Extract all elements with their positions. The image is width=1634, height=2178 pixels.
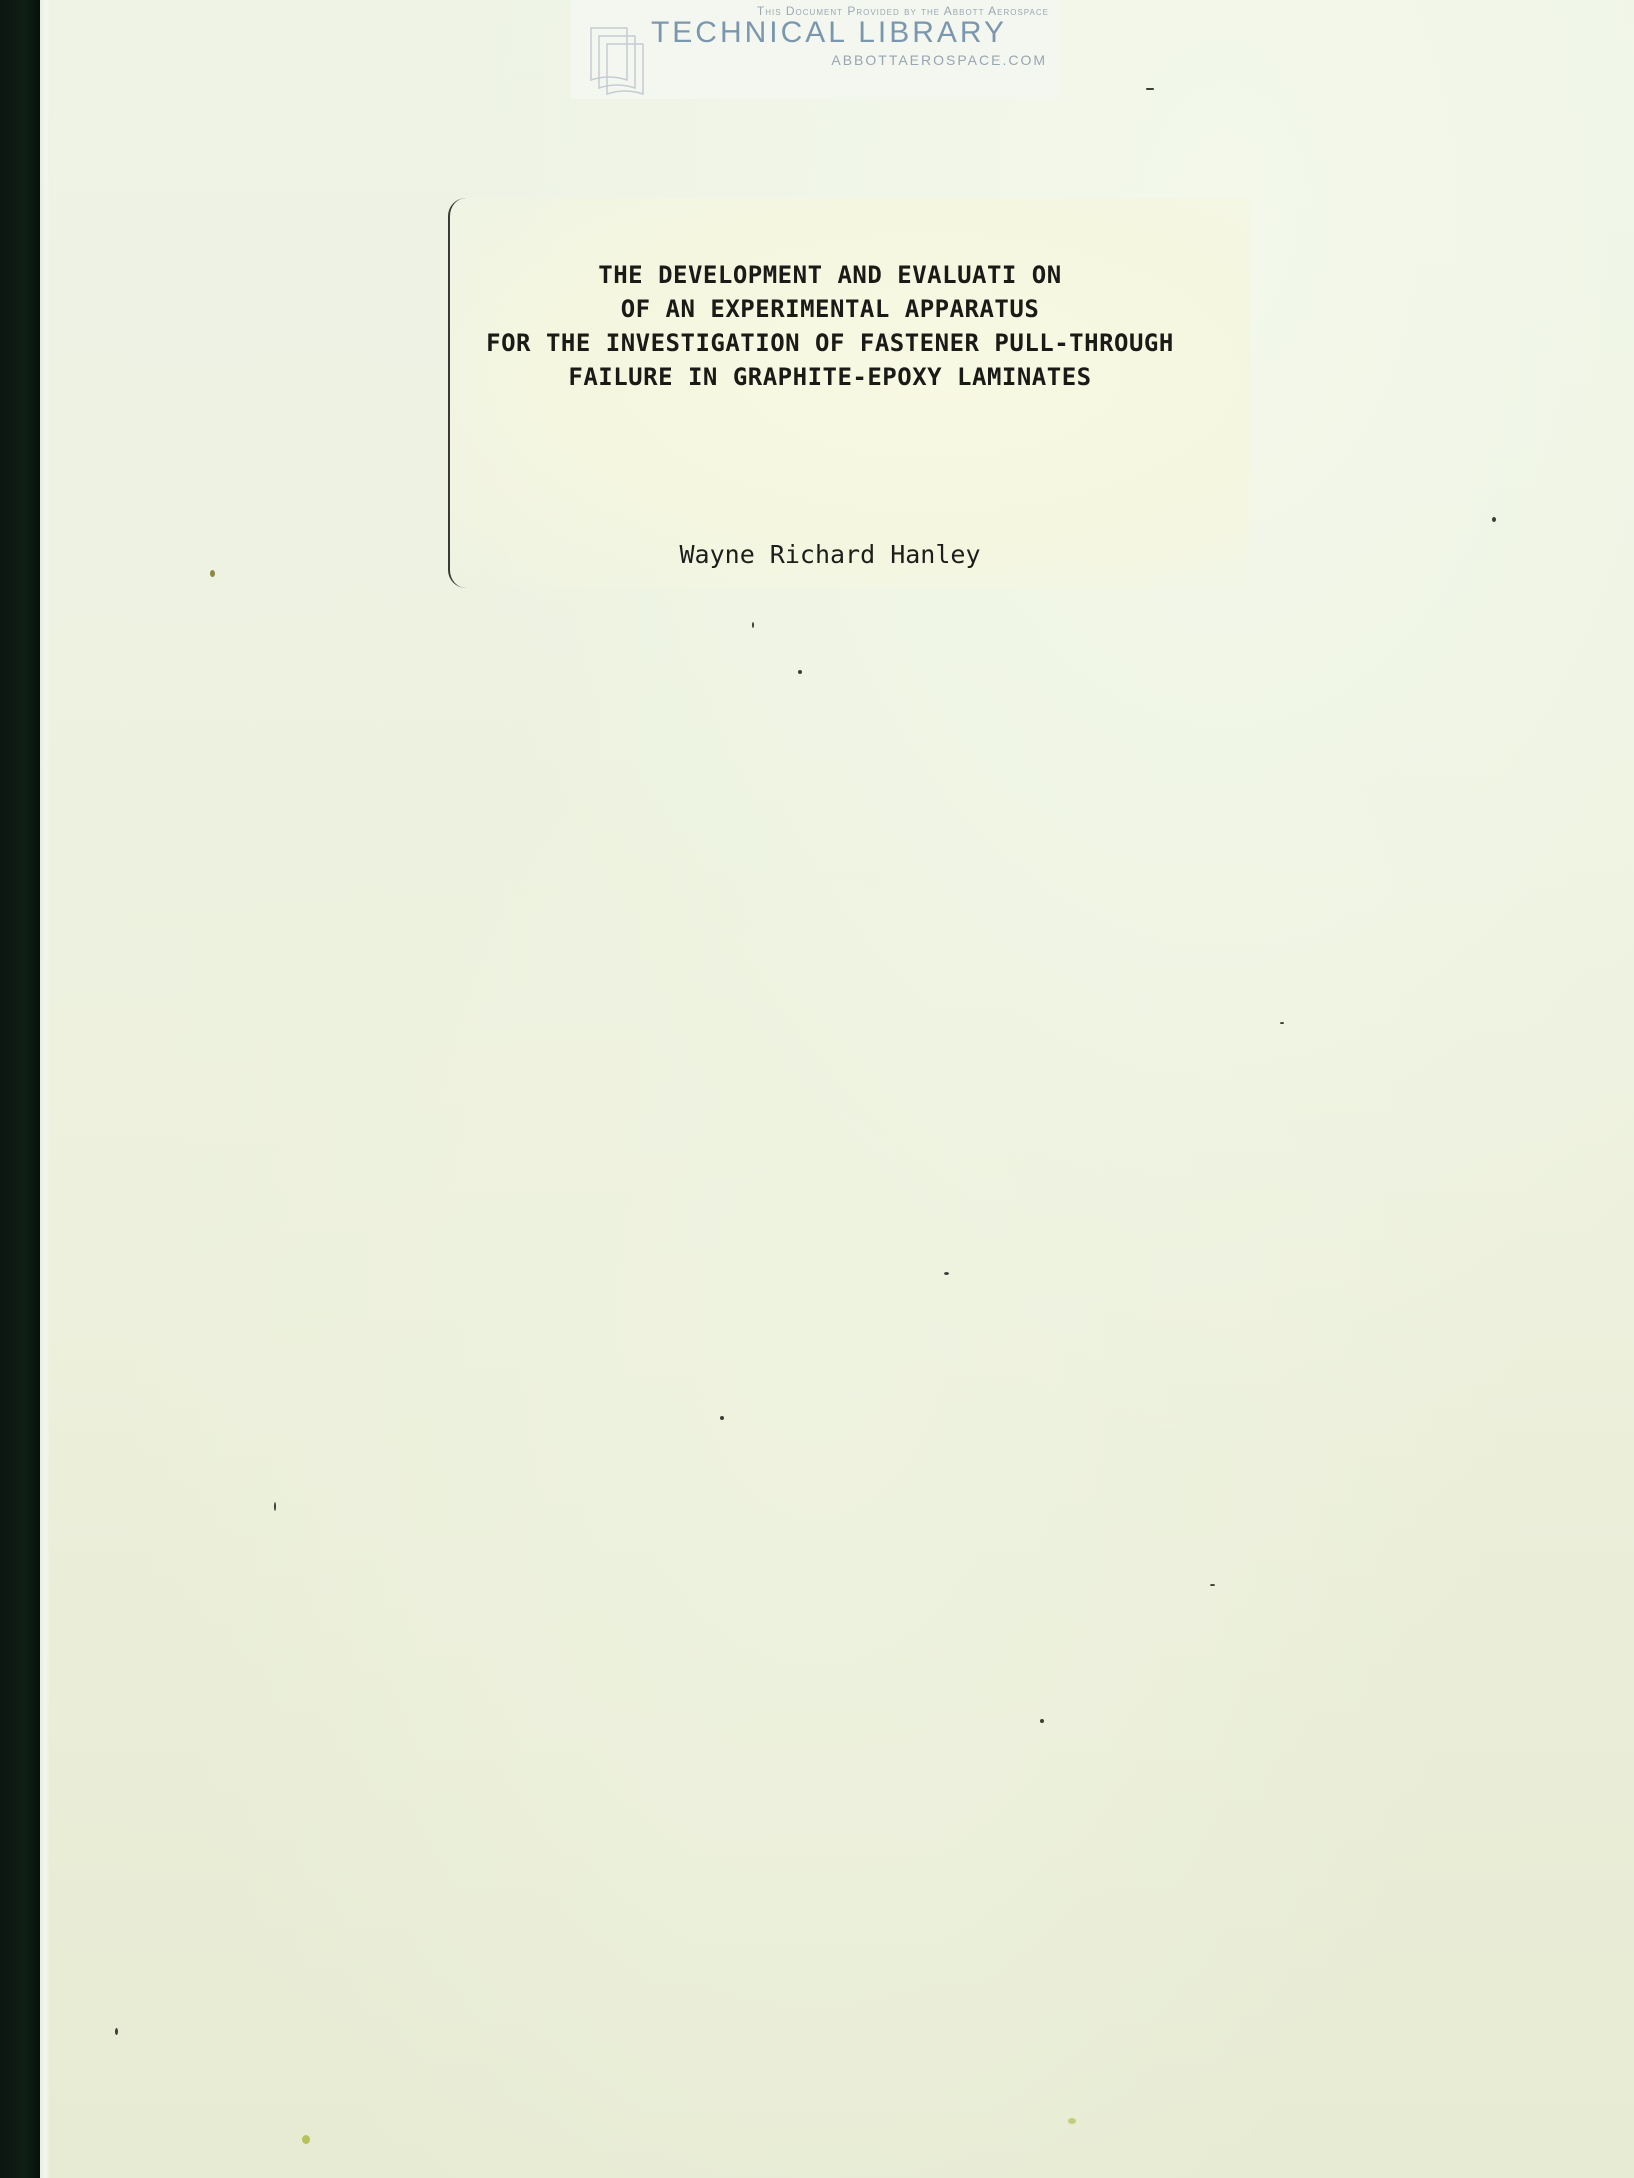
paper-speck [1068,2118,1076,2124]
paper-speck [115,2028,118,2035]
title-line: OF AN EXPERIMENTAL APPARATUS [440,292,1220,326]
paper-speck [720,1416,724,1420]
document-page: This Document Provided by the Abbott Aer… [0,0,1634,2178]
paper-speck [1492,517,1496,522]
paper-speck [1040,1719,1044,1723]
paper-speck [944,1272,949,1275]
watermark-url: ABBOTTAEROSPACE.COM [671,52,1047,68]
paper-speck [1210,1584,1215,1586]
paper-speck [1280,1022,1284,1024]
paper-speck [752,622,754,628]
library-watermark-banner: This Document Provided by the Abbott Aer… [571,0,1061,99]
page-edge [40,0,50,2178]
paper-speck [274,1502,276,1511]
watermark-technical-library: TECHNICAL LIBRARY [611,16,1047,50]
paper-speck [210,570,215,577]
paper-speck [302,2135,310,2144]
title-line: FAILURE IN GRAPHITE-EPOXY LAMINATES [440,360,1220,394]
author-name: Wayne Richard Hanley [440,540,1220,569]
book-binding-spine [0,0,40,2178]
paper-speck [798,670,802,674]
title-line: FOR THE INVESTIGATION OF FASTENER PULL-T… [440,326,1220,360]
title-line: THE DEVELOPMENT AND EVALUATI ON [440,258,1220,292]
paper-speck [1146,88,1154,90]
document-title: THE DEVELOPMENT AND EVALUATI ON OF AN EX… [440,258,1220,394]
